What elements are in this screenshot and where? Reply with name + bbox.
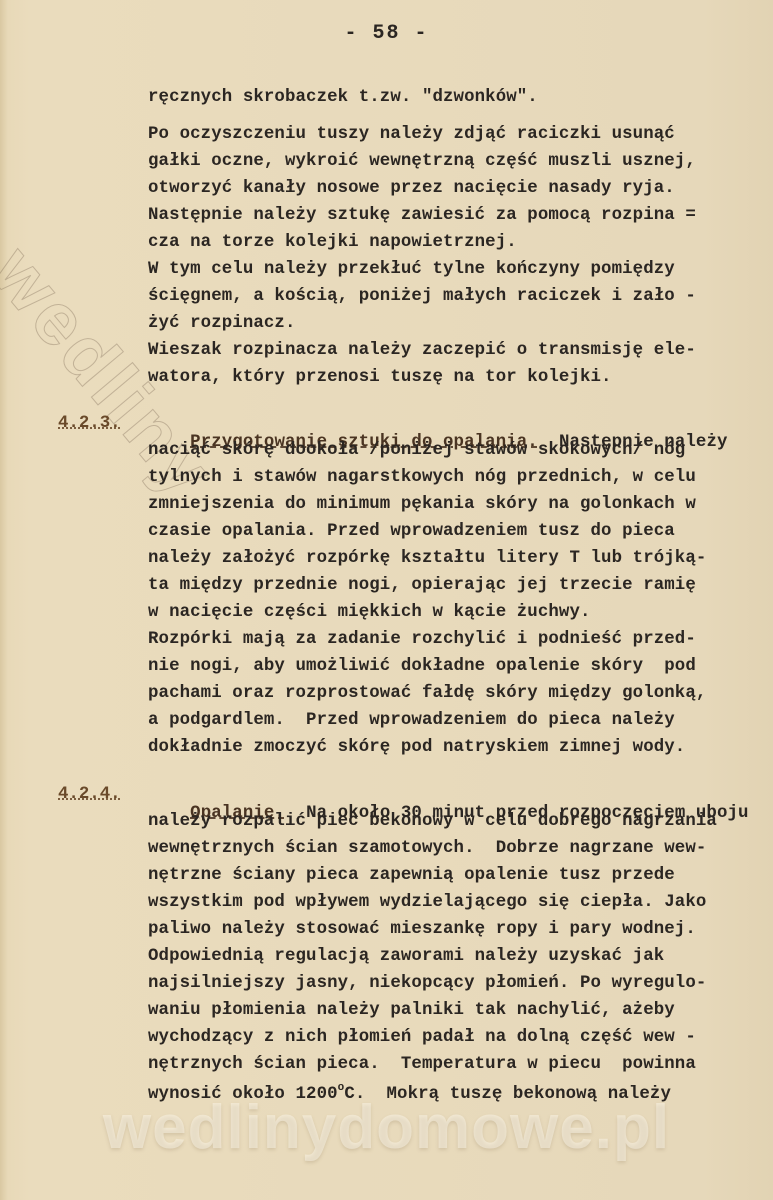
text-line: pachami oraz rozprostować fałdę skóry mi… [148,684,706,703]
text-line: dokładnie zmoczyć skórę pod natryskiem z… [148,738,685,757]
text-line: tylnych i stawów nagarstkowych nóg przed… [148,468,696,487]
text-line: ścięgnem, a kością, poniżej małych racic… [148,287,696,306]
text-line: Odpowiednią regulacją zaworami należy uz… [148,947,664,966]
text-line: cza na torze kolejki napowietrznej. [148,233,517,252]
section-number: 4.2.3. [58,414,121,433]
text-line: wewnętrznych ścian szamotowych. Dobrze n… [148,839,706,858]
text-line: nętrzne ściany pieca zapewnią opalenie t… [148,866,675,885]
text-line: żyć rozpinacz. [148,314,296,333]
text-line: należy założyć rozpórkę kształtu litery … [148,549,706,568]
text-line: otworzyć kanały nosowe przez nacięcie na… [148,179,675,198]
text-line: gałki oczne, wykroić wewnętrzną część mu… [148,152,696,171]
text-line: ta między przednie nogi, opierając jej t… [148,576,696,595]
text-line: paliwo należy stosować mieszankę ropy i … [148,920,696,939]
page-number: - 58 - [0,22,773,45]
section-number: 4.2.4. [58,785,121,804]
text-line: nie nogi, aby umożliwić dokładne opaleni… [148,657,696,676]
text-line: a podgardlem. Przed wprowadzeniem do pie… [148,711,675,730]
text-line: ręcznych skrobaczek t.zw. "dzwonków". [148,88,538,107]
text-line: zmniejszenia do minimum pękania skóry na… [148,495,696,514]
text-line: należy rozpalić piec bekonowy w celu dob… [148,812,717,831]
text-line: Następnie należy sztukę zawiesić za pomo… [148,206,696,225]
text-line: watora, który przenosi tuszę na tor kole… [148,368,612,387]
text-line: czasie opalania. Przed wprowadzeniem tus… [148,522,675,541]
text-line: w nacięcie części miękkich w kącie żuchw… [148,603,591,622]
text-line: Po oczyszczeniu tuszy należy zdjąć racic… [148,125,675,144]
text-line: Wieszak rozpinacza należy zaczepić o tra… [148,341,696,360]
text-line: waniu płomienia należy palniki tak nachy… [148,1001,675,1020]
text-line: Rozpórki mają za zadanie rozchylić i pod… [148,630,696,649]
text-line: naciąć skórę dookoła /poniżej stawów sko… [148,441,685,460]
text-line: wszystkim pod wpływem wydzielającego się… [148,893,706,912]
text-line: nętrznych ścian pieca. Temperatura w pie… [148,1055,696,1074]
document-page: wedliny - 58 - ręcznych skrobaczek t.zw.… [0,0,773,1200]
text-line: wychodzący z nich płomień padał na dolną… [148,1028,696,1047]
text-line: W tym celu należy przekłuć tylne kończyn… [148,260,675,279]
text-line: najsilniejszy jasny, niekopcący płomień.… [148,974,706,993]
watermark-bottom: wedlinydomowe.pl [0,1092,773,1163]
